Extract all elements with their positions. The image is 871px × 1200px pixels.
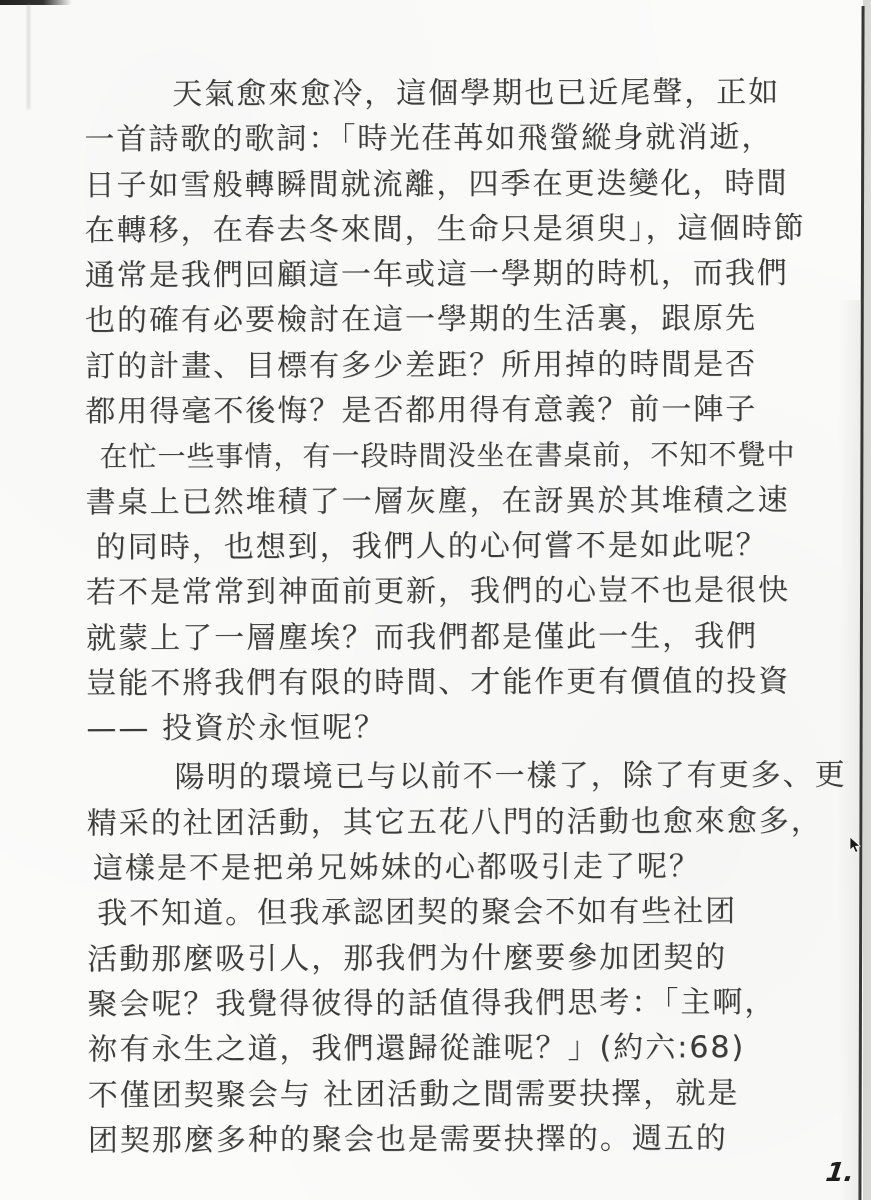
handwritten-line: 這樣是不是把弟兄姊妹的心都吸引走了呢？ (87, 844, 847, 892)
handwritten-line: 在忙一些事情，有一段時間没坐在書桌前，不知不覺中 (85, 432, 845, 480)
page-number: 1. (824, 1158, 856, 1188)
handwritten-line: 就蒙上了一層塵埃？而我們都是僅此一生，我們 (86, 613, 846, 661)
handwritten-line: 也的確有必要檢討在這一學期的生活裏，跟原先 (85, 296, 845, 344)
scan-artifact-top-left (0, 0, 72, 5)
handwritten-line: 的同時，也想到，我們人的心何嘗不是如此呢？ (86, 523, 846, 571)
handwritten-line: 在轉移，在春去冬來間，生命只是須臾」，這個時節 (85, 206, 845, 254)
handwritten-line: 不僅团契聚会与 社团活動之間需要抉擇，就是 (88, 1070, 848, 1118)
handwritten-line: 訂的計畫、目標有多少差距？所用掉的時間是否 (85, 341, 845, 389)
handwritten-line: 若不是常常到神面前更新，我們的心豈不也是很快 (86, 568, 846, 616)
scanned-handwritten-page: 天氣愈來愈冷，這個學期也已近尾聲，正如 一首詩歌的歌詞：「時光荏苒如飛螢縱身就消… (0, 0, 871, 1200)
handwritten-line: 精采的社团活動，其它五花八門的活動也愈來愈多， (87, 798, 847, 846)
handwritten-line: —— 投資於永恒呢？ (86, 704, 846, 752)
mouse-cursor-icon (849, 836, 862, 854)
handwritten-line: 天氣愈來愈冷，這個學期也已近尾聲，正如 (84, 70, 844, 118)
handwritten-line: 团契那麼多种的聚会也是需要抉擇的。週五的 (88, 1115, 848, 1163)
handwritten-line: 祢有永生之道，我們還歸從誰呢？」(約六:68) (87, 1025, 847, 1073)
handwritten-line: 活動那麼吸引人，那我們为什麼要參加团契的 (87, 934, 847, 982)
handwritten-line: 陽明的環境已与以前不一樣了，除了有更多、更 (86, 753, 846, 801)
handwritten-line: 都用得毫不後悔？是否都用得有意義？前一陣子 (85, 387, 845, 435)
handwritten-line: 我不知道。但我承認团契的聚会不如有些社团 (87, 889, 847, 937)
handwritten-line: 書桌上已然堆積了一層灰塵，在訝異於其堆積之速 (86, 477, 846, 525)
handwritten-line: 聚会呢？我覺得彼得的話值得我們思考：「主啊， (87, 980, 847, 1028)
handwritten-line: 豈能不將我們有限的時間、才能作更有價值的投資 (86, 659, 846, 707)
handwritten-line: 通常是我們回顧這一年或這一學期的時机，而我們 (85, 251, 845, 299)
handwritten-text-block: 天氣愈來愈冷，這個學期也已近尾聲，正如 一首詩歌的歌詞：「時光荏苒如飛螢縱身就消… (84, 70, 848, 1164)
handwritten-line: 一首詩歌的歌詞：「時光荏苒如飛螢縱身就消逝， (84, 115, 844, 163)
scan-streak (27, 4, 30, 109)
scan-edge-band (863, 0, 871, 1200)
handwritten-line: 日子如雪般轉瞬間就流離，四季在更迭變化，時間 (84, 160, 844, 208)
